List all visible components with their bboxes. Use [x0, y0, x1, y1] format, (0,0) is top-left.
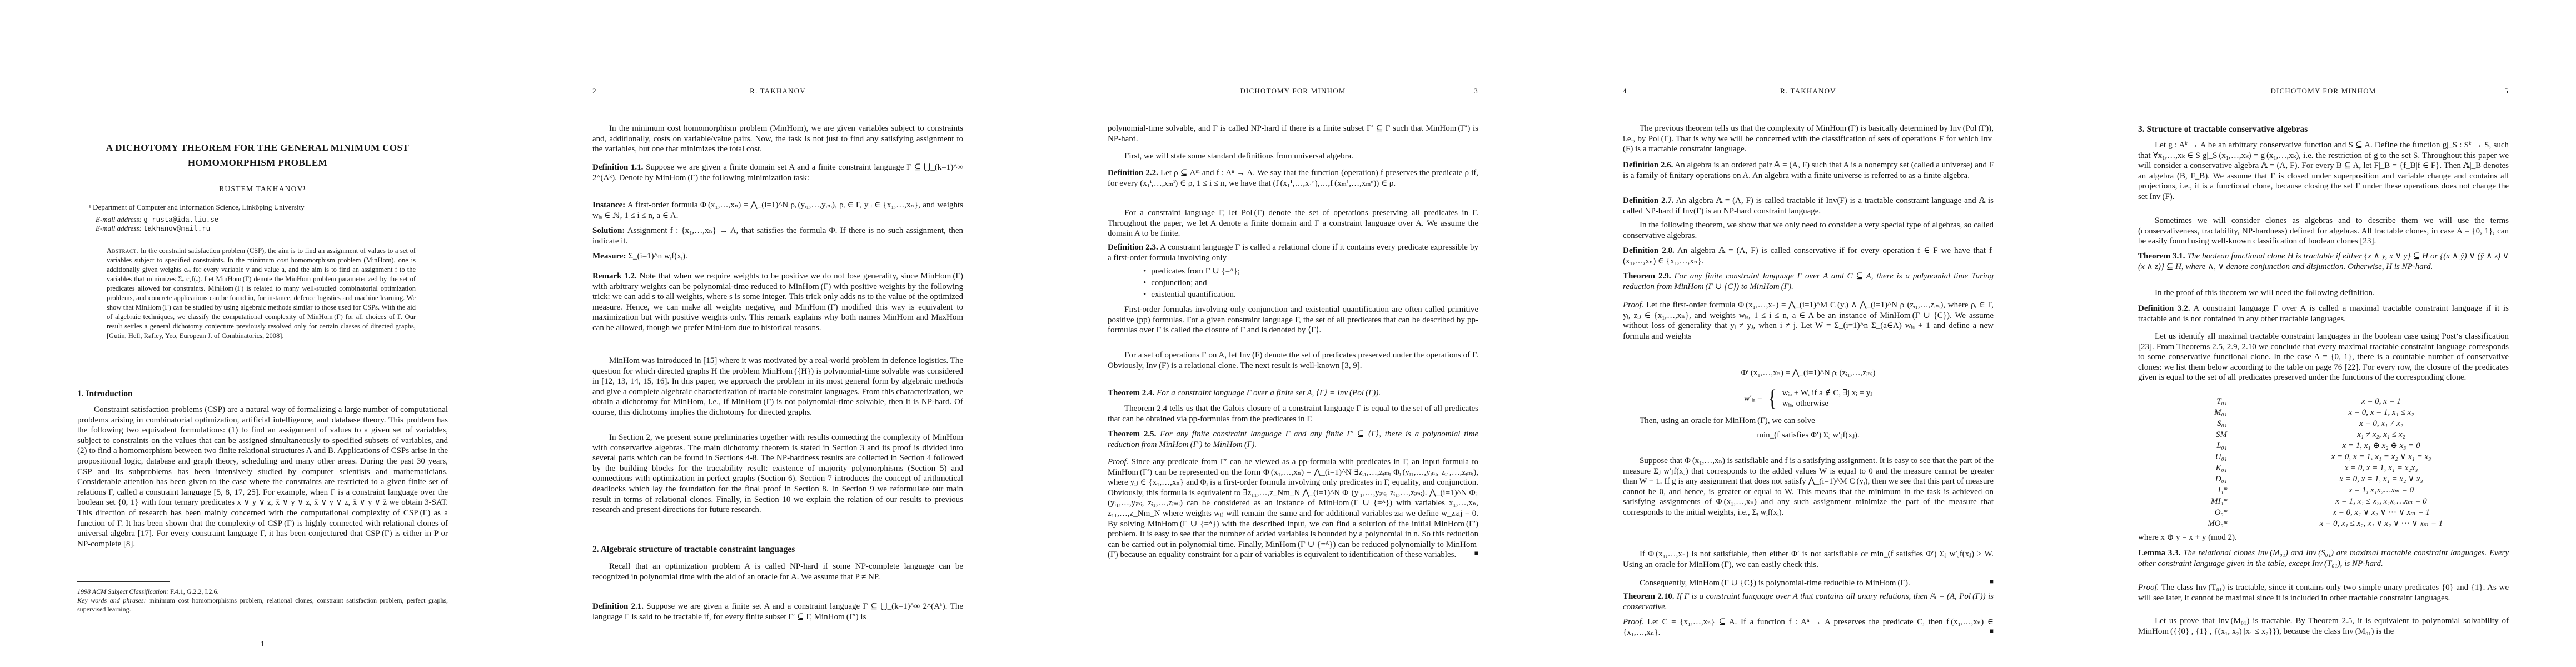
paragraph-text: The previous theorem tells us that the c…	[1623, 124, 1994, 153]
footnote-label: Key words and phrases:	[77, 596, 146, 604]
statement-label: Definition 3.2.	[2138, 304, 2190, 313]
clone-name: O₀ᵐ	[2138, 507, 2254, 518]
paper-scan-canvas: { "arxiv_banner": { "text": "arXiv:0708.…	[0, 0, 2576, 667]
statement-text: For any finite constraint language Γ ove…	[1623, 272, 1994, 291]
statement-text: The class Inv (T₀₁) is tractable, since …	[2138, 583, 2509, 603]
clone-name: MI₁ᵐ	[2138, 496, 2254, 507]
math-line: min_(f satisfies Φ′) Σⱼ w′ⱼf(xⱼ).	[1623, 429, 1994, 441]
running-header: 2R. TAKHANOV	[592, 87, 963, 96]
statement-label: Definition 2.8.	[1623, 246, 1675, 255]
paragraph-text: Theorem 2.4 tells us that the Galois clo…	[1108, 404, 1478, 424]
clone-table-row: I₁ᵐx = 1, x₁x₂…xₘ = 0	[2138, 485, 2509, 496]
definition-2-8: Definition 2.8. An algebra 𝔸 = (A, F) is…	[1623, 246, 1994, 266]
page-3: DICHOTOMY FOR MINHOM3polynomial-time sol…	[1030, 0, 1546, 667]
paragraph: In the following theorem, we show that w…	[1623, 220, 1994, 241]
statement-text: If Γ is a constraint language over A tha…	[1623, 592, 1994, 611]
cases-line: wᵢₐ, otherwise	[1782, 399, 1872, 409]
statement-label: Theorem 2.9.	[1623, 272, 1671, 281]
proof-lemma-3-3: Proof. The class Inv (T₀₁) is tractable,…	[2138, 583, 2509, 603]
statement-text: Let C = {x₁,…,xₙ} ⊆ A. If a function f :…	[1623, 618, 1994, 637]
theorem-2-9: Theorem 2.9. For any finite constraint l…	[1623, 271, 1994, 292]
bullet-dot-icon: •	[1143, 267, 1146, 276]
statement-label: Solution:	[592, 226, 625, 235]
clone-name: I₁ᵐ	[2138, 485, 2254, 496]
section-heading-3: 3. Structure of tractable conservative a…	[2138, 125, 2509, 135]
running-header: 4R. TAKHANOV	[1623, 87, 1994, 96]
running-header-right: 5	[2504, 87, 2509, 96]
clone-table-row: D₀₁x = 0, x = 1, x₁ = x₂ ∨ x₃	[2138, 474, 2509, 485]
paragraph: Suppose that Φ (x₁,…,xₙ) is satisfiable …	[1623, 456, 1994, 518]
paragraph-text: First, we will state some standard defin…	[1124, 152, 1353, 161]
clone-table-row: K₀₁x = 0, x = 1, x₁ = x₂x₃	[2138, 462, 2509, 474]
email-address: takhanov@mail.ru	[143, 225, 210, 233]
clone-predicates: x = 1, x₁x₂…xₘ = 0	[2254, 485, 2509, 496]
remark-1-2: Remark 1.2. Note that when we require we…	[592, 271, 963, 333]
clone-predicates: x = 1, x₁ ≤ x₂, x₁x₂…xₘ = 0	[2254, 496, 2509, 507]
paragraph-text: MinHom was introduced in [15] where it w…	[592, 356, 963, 417]
statement-text: A constraint language Γ is called a rela…	[1108, 243, 1478, 262]
paragraph: In the minimum cost homomorphism problem…	[592, 123, 963, 155]
page-4: 4R. TAKHANOVThe previous theorem tells u…	[1546, 0, 2061, 667]
running-header-center: R. TAKHANOV	[1623, 87, 1994, 96]
paragraph: First, we will state some standard defin…	[1108, 151, 1478, 162]
statement-text: A constraint language Γ over A is called…	[2138, 304, 2509, 323]
statement-label: Lemma 3.3.	[2138, 549, 2180, 558]
clone-predicates: x₁ ≠ x₂, x₁ ≤ x₂	[2254, 429, 2509, 440]
paragraph-text: For a constraint language Γ, let Pol (Γ)…	[1108, 208, 1478, 238]
clone-predicates: x = 0, x₁ ∨ x₂ ∨ ⋯ ∨ xₘ = 1	[2254, 507, 2509, 518]
clone-predicates: x = 1, x₁ ⊕ x₂ ⊕ x₃ = 0	[2254, 440, 2509, 451]
statement-label: Definition 2.7.	[1623, 196, 1673, 205]
running-header-center: DICHOTOMY FOR MINHOM	[2138, 87, 2509, 96]
statement-text: An algebra 𝔸 = (A, F) is called conserva…	[1623, 246, 1994, 266]
statement-label: Proof.	[1623, 618, 1643, 626]
clone-predicates: x = 0, x₁ ≤ x₂, x₁ ∨ x₂ ∨ ⋯ ∨ xₘ = 1	[2254, 518, 2509, 529]
statement-label: Proof.	[1108, 457, 1128, 466]
qed-mark: ■	[1990, 626, 1994, 636]
paragraph-text: polynomial-time solvable, and Γ is calle…	[1108, 124, 1478, 143]
paragraph: Then, using an oracle for MinHom (Γ), we…	[1623, 416, 1994, 426]
cases-lines: wᵢₐ + W, if a ∉ C, ∃j xᵢ = yⱼwᵢₐ, otherw…	[1782, 388, 1872, 409]
clone-table-row: S₀₁x = 0, x₁ ≠ x₂	[2138, 418, 2509, 429]
paragraph-text: For a set of operations F on A, let Inv …	[1108, 351, 1478, 370]
boolean-clone-table: T₀₁x = 0, x = 1M₀₁x = 0, x = 1, x₁ ≤ x₂S…	[2138, 396, 2509, 529]
proof-theorem-2-9: Proof. Let the first-order formula Φ (x₁…	[1623, 300, 1994, 341]
statement-text: An algebra is an ordered pair 𝔸 = (A, F)…	[1623, 161, 1994, 180]
statement-text: Assignment f : {x₁,…,xₙ} → A, that satis…	[592, 226, 963, 246]
paragraph-text: Consequently, MinHom (Γ ∪ {C}) is polyno…	[1640, 579, 1910, 588]
clone-predicates: x = 0, x = 1, x₁ = x₂ ∨ x₃	[2254, 474, 2509, 485]
clone-predicates: x = 0, x₁ ≠ x₂	[2254, 418, 2509, 429]
statement-label: Theorem 3.1.	[2138, 252, 2185, 261]
paragraph: Consequently, MinHom (Γ ∪ {C}) is polyno…	[1623, 578, 1994, 589]
paragraph: If Φ (x₁,…,xₙ) is not satisfiable, then …	[1623, 549, 1994, 570]
bullet-item: •existential quantification.	[1108, 289, 1478, 301]
definition-1-1: Definition 1.1. Suppose we are given a f…	[592, 162, 963, 183]
paragraph: Let us identify all maximal tractable co…	[2138, 331, 2509, 383]
email-line-2: E-mail address: takhanov@mail.ru	[96, 223, 446, 235]
abstract-label: Abstract.	[107, 247, 138, 255]
paper-title: A DICHOTOMY THEOREM FOR THE GENERAL MINI…	[64, 140, 451, 170]
definition-2-6: Definition 2.6. An algebra is an ordered…	[1623, 160, 1994, 181]
clone-name: MO₀ᵐ	[2138, 518, 2254, 529]
definition-2-1: Definition 2.1. Suppose we are given a f…	[592, 601, 963, 622]
measure-item: Measure: Σ_(i=1)^n wᵢf(xᵢ).	[592, 251, 963, 262]
clone-table-row: O₀ᵐx = 0, x₁ ∨ x₂ ∨ ⋯ ∨ xₘ = 1	[2138, 507, 2509, 518]
statement-label: Definition 2.3.	[1108, 243, 1158, 252]
page-2: 2R. TAKHANOVIn the minimum cost homomorp…	[515, 0, 1030, 667]
statement-text: Σ_(i=1)^n wᵢf(xᵢ).	[628, 252, 687, 261]
bullet-dot-icon: •	[1143, 278, 1146, 287]
proof-theorem-2-5: Proof. Since any predicate from Γ′ can b…	[1108, 457, 1478, 560]
left-brace-glyph: {	[1768, 387, 1777, 410]
clone-predicates: x = 0, x = 1, x₁ ≤ x₂	[2254, 407, 2509, 418]
email-label: E-mail address:	[96, 224, 142, 232]
paragraph-text: Then, using an oracle for MinHom (Γ), we…	[1640, 416, 1815, 425]
clone-predicates: x = 0, x = 1	[2254, 396, 2509, 407]
paragraph-text: In the minimum cost homomorphism problem…	[592, 124, 963, 153]
clone-name: L₀₁	[2138, 440, 2254, 451]
footnote-classification: 1998 ACM Subject Classification: F.4.1, …	[77, 588, 448, 596]
statement-label: Proof.	[1623, 301, 1643, 310]
lemma-3-3: Lemma 3.3. The relational clones Inv (M₀…	[2138, 548, 2509, 569]
definition-2-7: Definition 2.7. An algebra 𝔸 = (A, F) is…	[1623, 196, 1994, 216]
solution-item: Solution: Assignment f : {x₁,…,xₙ} → A, …	[592, 226, 963, 246]
statement-label: Definition 2.2.	[1108, 168, 1158, 177]
footnote-text: F.4.1, G.2.2, I.2.6.	[170, 588, 218, 595]
clone-table-row: MI₁ᵐx = 1, x₁ ≤ x₂, x₁x₂…xₘ = 0	[2138, 496, 2509, 507]
paragraph: Sometimes we will consider clones as alg…	[2138, 216, 2509, 247]
page-1: A DICHOTOMY THEOREM FOR THE GENERAL MINI…	[0, 0, 515, 667]
theorem-2-10: Theorem 2.10. If Γ is a constraint langu…	[1623, 591, 1994, 612]
paragraph-text: where x ⊕ y = x + y (mod 2).	[2138, 533, 2237, 542]
section-heading-2: 2. Algebraic structure of tractable cons…	[592, 545, 963, 555]
statement-text: Since any predicate from Γ′ can be viewe…	[1108, 457, 1478, 559]
statement-label: Theorem 2.10.	[1623, 592, 1674, 601]
title-line: HOMOMORPHISM PROBLEM	[64, 155, 451, 170]
statement-text: Suppose we are given a finite set A and …	[592, 602, 963, 621]
statement-text: For any finite constraint language Γ and…	[1108, 430, 1478, 449]
definition-2-3: Definition 2.3. A constraint language Γ …	[1108, 242, 1478, 263]
clone-table-row: MO₀ᵐx = 0, x₁ ≤ x₂, x₁ ∨ x₂ ∨ ⋯ ∨ xₘ = 1	[2138, 518, 2509, 529]
paragraph: The previous theorem tells us that the c…	[1623, 123, 1994, 155]
paragraph-text: Sometimes we will consider clones as alg…	[2138, 216, 2509, 246]
qed-mark: ■	[1474, 548, 1478, 559]
clone-table-row: U₀₁x = 0, x = 1, x₁ = x₂ ∨ x₁ = x₃	[2138, 451, 2509, 462]
paragraph-text: Let g : Aᵏ → A be an arbitrary conservat…	[2138, 141, 2509, 201]
paragraph-text: If Φ (x₁,…,xₙ) is not satisfiable, then …	[1623, 550, 1994, 569]
clone-table-row: M₀₁x = 0, x = 1, x₁ ≤ x₂	[2138, 407, 2509, 418]
paragraph: where x ⊕ y = x + y (mod 2).	[2138, 532, 2509, 543]
clone-table-row: T₀₁x = 0, x = 1	[2138, 396, 2509, 407]
footnote-rule	[77, 581, 170, 582]
paragraph: MinHom was introduced in [15] where it w…	[592, 356, 963, 418]
title-line: A DICHOTOMY THEOREM FOR THE GENERAL MINI…	[64, 140, 451, 155]
theorem-2-4: Theorem 2.4. For a constraint language Γ…	[1108, 388, 1478, 399]
paragraph-text: Constraint satisfaction problems (CSP) a…	[77, 405, 448, 549]
bullet-text: predicates from Γ ∪ {=ᴬ};	[1151, 267, 1240, 276]
running-header: DICHOTOMY FOR MINHOM3	[1108, 87, 1478, 96]
clone-table-row: SMx₁ ≠ x₂, x₁ ≤ x₂	[2138, 429, 2509, 440]
statement-text: Let ρ ⊆ Aᵐ and f : Aⁿ → A. We say that t…	[1108, 168, 1478, 188]
paragraph-text: In the following theorem, we show that w…	[1623, 221, 1994, 240]
clone-name: D₀₁	[2138, 474, 2254, 485]
clone-name: M₀₁	[2138, 407, 2254, 418]
clone-predicates: x = 0, x = 1, x₁ = x₂ ∨ x₁ = x₃	[2254, 451, 2509, 462]
statement-label: Definition 2.1.	[592, 602, 644, 611]
running-header-center: R. TAKHANOV	[592, 87, 963, 96]
paragraph: For a set of operations F on A, let Inv …	[1108, 350, 1478, 371]
statement-label: Remark 1.2.	[592, 272, 637, 281]
instance-item: Instance: A first-order formula Φ (x₁,…,…	[592, 200, 963, 221]
title-rule	[77, 236, 448, 236]
qed-mark: ■	[1973, 576, 1994, 587]
cases-lead: w′ᵢₐ =	[1744, 394, 1762, 404]
paragraph-text: Recall that an optimization problem A is…	[592, 562, 963, 581]
statement-label: Theorem 2.4.	[1108, 389, 1154, 397]
paragraph: Let g : Aᵏ → A be an arbitrary conservat…	[2138, 140, 2509, 202]
paragraph-text: Let us identify all maximal tractable co…	[2138, 332, 2509, 382]
statement-label: Proof.	[2138, 583, 2159, 592]
statement-text: The relational clones Inv (M₀₁) and Inv …	[2138, 549, 2509, 568]
clone-predicates: x = 0, x = 1, x₁ = x₂x₃	[2254, 462, 2509, 474]
bullet-text: existential quantification.	[1151, 290, 1235, 299]
statement-text: For a constraint language Γ over a finit…	[1157, 389, 1381, 397]
statement-label: Theorem 2.5.	[1108, 430, 1156, 439]
paragraph: For a constraint language Γ, let Pol (Γ)…	[1108, 208, 1478, 239]
email-label: E-mail address:	[96, 215, 142, 223]
intro-paragraph: Constraint satisfaction problems (CSP) a…	[77, 405, 448, 549]
statement-text: An algebra 𝔸 = (A, F) is called tractabl…	[1623, 196, 1994, 216]
running-header-right: 3	[1474, 87, 1478, 96]
definition-2-2: Definition 2.2. Let ρ ⊆ Aᵐ and f : Aⁿ → …	[1108, 168, 1478, 188]
footnote-keywords: Key words and phrases: minimum cost homo…	[77, 596, 448, 614]
footnote-label: 1998 ACM Subject Classification:	[77, 588, 168, 595]
statement-text: Let the first-order formula Φ (x₁,…,xₙ) …	[1623, 301, 1994, 341]
theorem-3-1: Theorem 3.1. The boolean functional clon…	[2138, 251, 2509, 272]
display-formula-weights: w′ᵢₐ ={wᵢₐ + W, if a ∉ C, ∃j xᵢ = yⱼwᵢₐ,…	[1623, 387, 1994, 410]
display-formula-phi-prime: Φ′ (x₁,…,xₙ) = ⋀_(i=1)^N ρᵢ (zᵢ₁,…,zᵢₙᵢ)	[1623, 367, 1994, 379]
statement-text: Note that when we require weights to be …	[592, 272, 963, 332]
email-address: g-rusta@ida.liu.se	[143, 216, 218, 224]
statement-text: The boolean functional clone H is tracta…	[2138, 252, 2509, 271]
paragraph-text: Suppose that Φ (x₁,…,xₙ) is satisfiable …	[1623, 456, 1994, 517]
clone-table-row: L₀₁x = 1, x₁ ⊕ x₂ ⊕ x₃ = 0	[2138, 440, 2509, 451]
affiliation: ¹ Department of Computer and Information…	[89, 202, 445, 213]
paragraph-text: In the proof of this theorem we will nee…	[2155, 288, 2375, 297]
abstract-text: In the constraint satisfaction problem (…	[107, 247, 416, 340]
page-5: DICHOTOMY FOR MINHOM53. Structure of tra…	[2061, 0, 2576, 667]
paragraph: In Section 2, we present some preliminar…	[592, 432, 963, 515]
paragraph: First-order formulas involving only conj…	[1108, 305, 1478, 336]
paragraph: polynomial-time solvable, and Γ is calle…	[1108, 123, 1478, 144]
section-heading-1: 1. Introduction	[77, 389, 448, 400]
clone-name: T₀₁	[2138, 396, 2254, 407]
author: RUSTEM TAKHANOV¹	[77, 184, 448, 195]
paragraph-text: Let us prove that Inv (M₀₁) is tractable…	[2138, 616, 2509, 636]
clone-name: K₀₁	[2138, 462, 2254, 474]
proof-theorem-2-10: Proof. Let C = {x₁,…,xₙ} ⊆ A. If a funct…	[1623, 617, 1994, 638]
bullet-item: •conjunction; and	[1108, 277, 1478, 289]
running-header-left: 2	[592, 87, 597, 96]
paragraph: Theorem 2.4 tells us that the Galois clo…	[1108, 404, 1478, 424]
paragraph-text: First-order formulas involving only conj…	[1108, 305, 1478, 335]
math-line: Φ′ (x₁,…,xₙ) = ⋀_(i=1)^N ρᵢ (zᵢ₁,…,zᵢₙᵢ)	[1623, 367, 1994, 379]
running-header-center: DICHOTOMY FOR MINHOM	[1108, 87, 1478, 96]
paragraph: In the proof of this theorem we will nee…	[2138, 288, 2509, 298]
statement-text: A first-order formula Φ (x₁,…,xₙ) = ⋀_(i…	[592, 201, 963, 220]
clone-name: S₀₁	[2138, 418, 2254, 429]
display-formula-min: min_(f satisfies Φ′) Σⱼ w′ⱼf(xⱼ).	[1623, 429, 1994, 441]
running-header: DICHOTOMY FOR MINHOM5	[2138, 87, 2509, 96]
statement-text: Suppose we are given a finite domain set…	[592, 163, 963, 182]
definition-3-2: Definition 3.2. A constraint language Γ …	[2138, 303, 2509, 324]
statement-label: Definition 1.1.	[592, 163, 643, 172]
page-number: 1	[77, 639, 448, 650]
statement-label: Definition 2.6.	[1623, 161, 1673, 170]
statement-label: Instance:	[592, 201, 625, 210]
clone-name: SM	[2138, 429, 2254, 440]
abstract: Abstract. In the constraint satisfaction…	[107, 246, 416, 341]
paragraph: Let us prove that Inv (M₀₁) is tractable…	[2138, 616, 2509, 636]
cases-line: wᵢₐ + W, if a ∉ C, ∃j xᵢ = yⱼ	[1782, 388, 1872, 399]
theorem-2-5: Theorem 2.5. For any finite constraint l…	[1108, 429, 1478, 450]
statement-label: Measure:	[592, 252, 626, 261]
bullet-dot-icon: •	[1143, 290, 1146, 299]
relational-clone-bullets: •predicates from Γ ∪ {=ᴬ};•conjunction; …	[1108, 266, 1478, 301]
paragraph: Recall that an optimization problem A is…	[592, 561, 963, 582]
bullet-item: •predicates from Γ ∪ {=ᴬ};	[1108, 266, 1478, 277]
clone-name: U₀₁	[2138, 451, 2254, 462]
paragraph-text: In Section 2, we present some preliminar…	[592, 433, 963, 514]
running-header-left: 4	[1623, 87, 1627, 96]
bullet-text: conjunction; and	[1151, 278, 1207, 287]
